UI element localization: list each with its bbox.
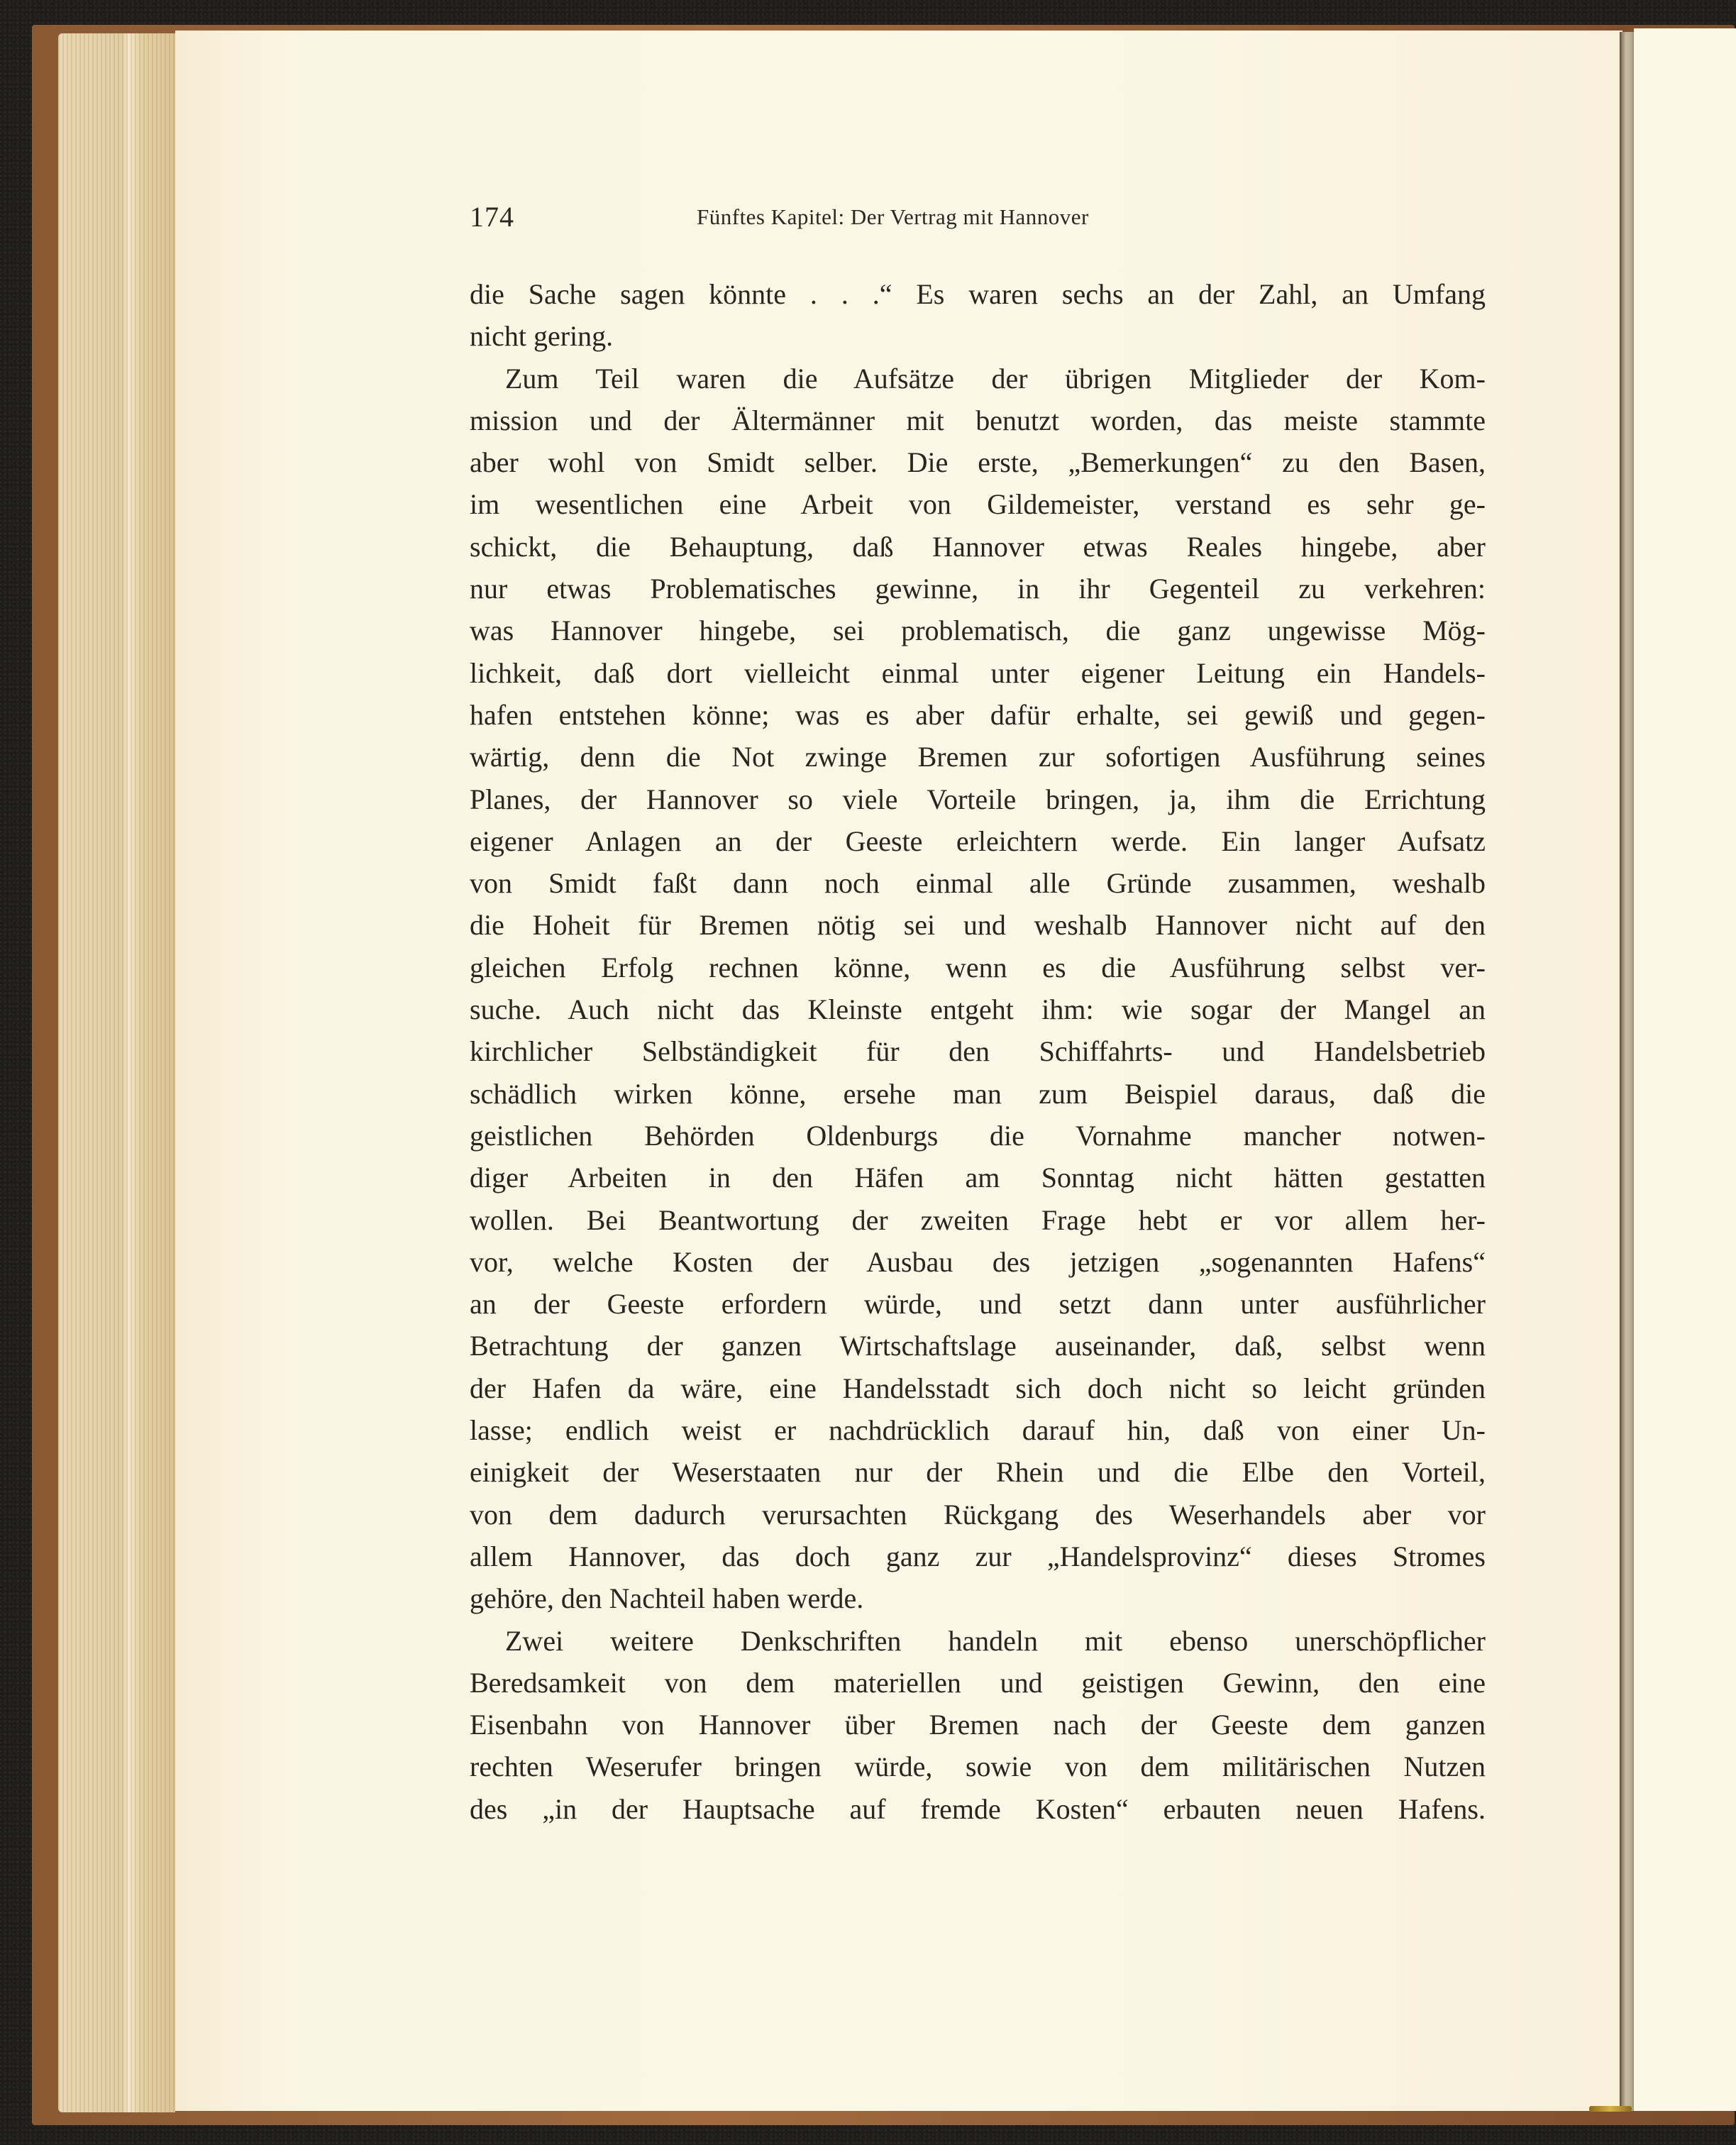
text-line: Planes, der Hannover so viele Vorteile b… — [470, 778, 1486, 820]
text-line: vor, welche Kosten der Ausbau des jetzig… — [470, 1241, 1486, 1283]
text-line: gehöre, den Nachteil haben werde. — [470, 1577, 1486, 1619]
text-line: aber wohl von Smidt selber. Die erste, „… — [470, 441, 1486, 483]
text-line: mission und der Ältermänner mit benutzt … — [470, 399, 1486, 441]
text-line: kirchlicher Selbständigkeit für den Schi… — [470, 1030, 1486, 1072]
text-line: diger Arbeiten in den Häfen am Sonntag n… — [470, 1157, 1486, 1198]
text-line: die Hoheit für Bremen nötig sei und wesh… — [470, 904, 1486, 946]
text-line: schickt, die Behauptung, daß Hannover et… — [470, 526, 1486, 568]
text-line: nur etwas Problematisches gewinne, in ih… — [470, 568, 1486, 610]
text-line: des „in der Hauptsache auf fremde Kosten… — [470, 1788, 1486, 1830]
page-number: 174 — [470, 200, 514, 233]
text-line: der Hafen da wäre, eine Handelsstadt sic… — [470, 1367, 1486, 1409]
gilt-corner — [1589, 2106, 1632, 2112]
text-line: die Sache sagen könnte . . .“ Es waren s… — [470, 273, 1486, 315]
text-line: wärtig, denn die Not zwinge Bremen zur s… — [470, 736, 1486, 778]
text-line: schädlich wirken könne, ersehe man zum B… — [470, 1073, 1486, 1115]
text-line: von dem dadurch verursachten Rückgang de… — [470, 1494, 1486, 1535]
paragraph-start-line: Zum Teil waren die Aufsätze der übrigen … — [470, 358, 1486, 399]
text-line: nicht gering. — [470, 315, 1486, 357]
text-line: eigener Anlagen an der Geeste erleichter… — [470, 820, 1486, 862]
text-line: gleichen Erfolg rechnen könne, wenn es d… — [470, 947, 1486, 988]
text-line: was Hannover hingebe, sei problematisch,… — [470, 610, 1486, 651]
text-line: von Smidt faßt dann noch einmal alle Grü… — [470, 862, 1486, 904]
text-line: allem Hannover, das doch ganz zur „Hande… — [470, 1535, 1486, 1577]
book-gutter — [1620, 32, 1634, 2111]
text-line: Eisenbahn von Hannover über Bremen nach … — [470, 1704, 1486, 1746]
text-line: Betrachtung der ganzen Wirtschaftslage a… — [470, 1325, 1486, 1367]
right-page-edge — [1634, 28, 1736, 2111]
text-line: lasse; endlich weist er nachdrücklich da… — [470, 1409, 1486, 1451]
text-line: suche. Auch nicht das Kleinste entgeht i… — [470, 988, 1486, 1030]
paragraph-start-line: Zwei weitere Denkschriften handeln mit e… — [470, 1620, 1486, 1662]
page-edges-stack — [58, 33, 175, 2112]
text-line: hafen entstehen könne; was es aber dafür… — [470, 694, 1486, 736]
text-line: rechten Weserufer bringen würde, sowie v… — [470, 1746, 1486, 1787]
text-line: im wesentlichen eine Arbeit von Gildemei… — [470, 483, 1486, 525]
text-line: einigkeit der Weserstaaten nur der Rhein… — [470, 1451, 1486, 1493]
text-line: Beredsamkeit von dem materiellen und gei… — [470, 1662, 1486, 1704]
page-header: 174 Fünftes Kapitel: Der Vertrag mit Han… — [470, 200, 1484, 243]
body-text: die Sache sagen könnte . . .“ Es waren s… — [470, 273, 1486, 1830]
text-line: wollen. Bei Beantwortung der zweiten Fra… — [470, 1199, 1486, 1241]
running-head: Fünftes Kapitel: Der Vertrag mit Hannove… — [697, 204, 1089, 230]
text-line: an der Geeste erfordern würde, und setzt… — [470, 1283, 1486, 1325]
text-line: geistlichen Behörden Oldenburgs die Vorn… — [470, 1115, 1486, 1157]
text-line: lichkeit, daß dort vielleicht einmal unt… — [470, 652, 1486, 694]
